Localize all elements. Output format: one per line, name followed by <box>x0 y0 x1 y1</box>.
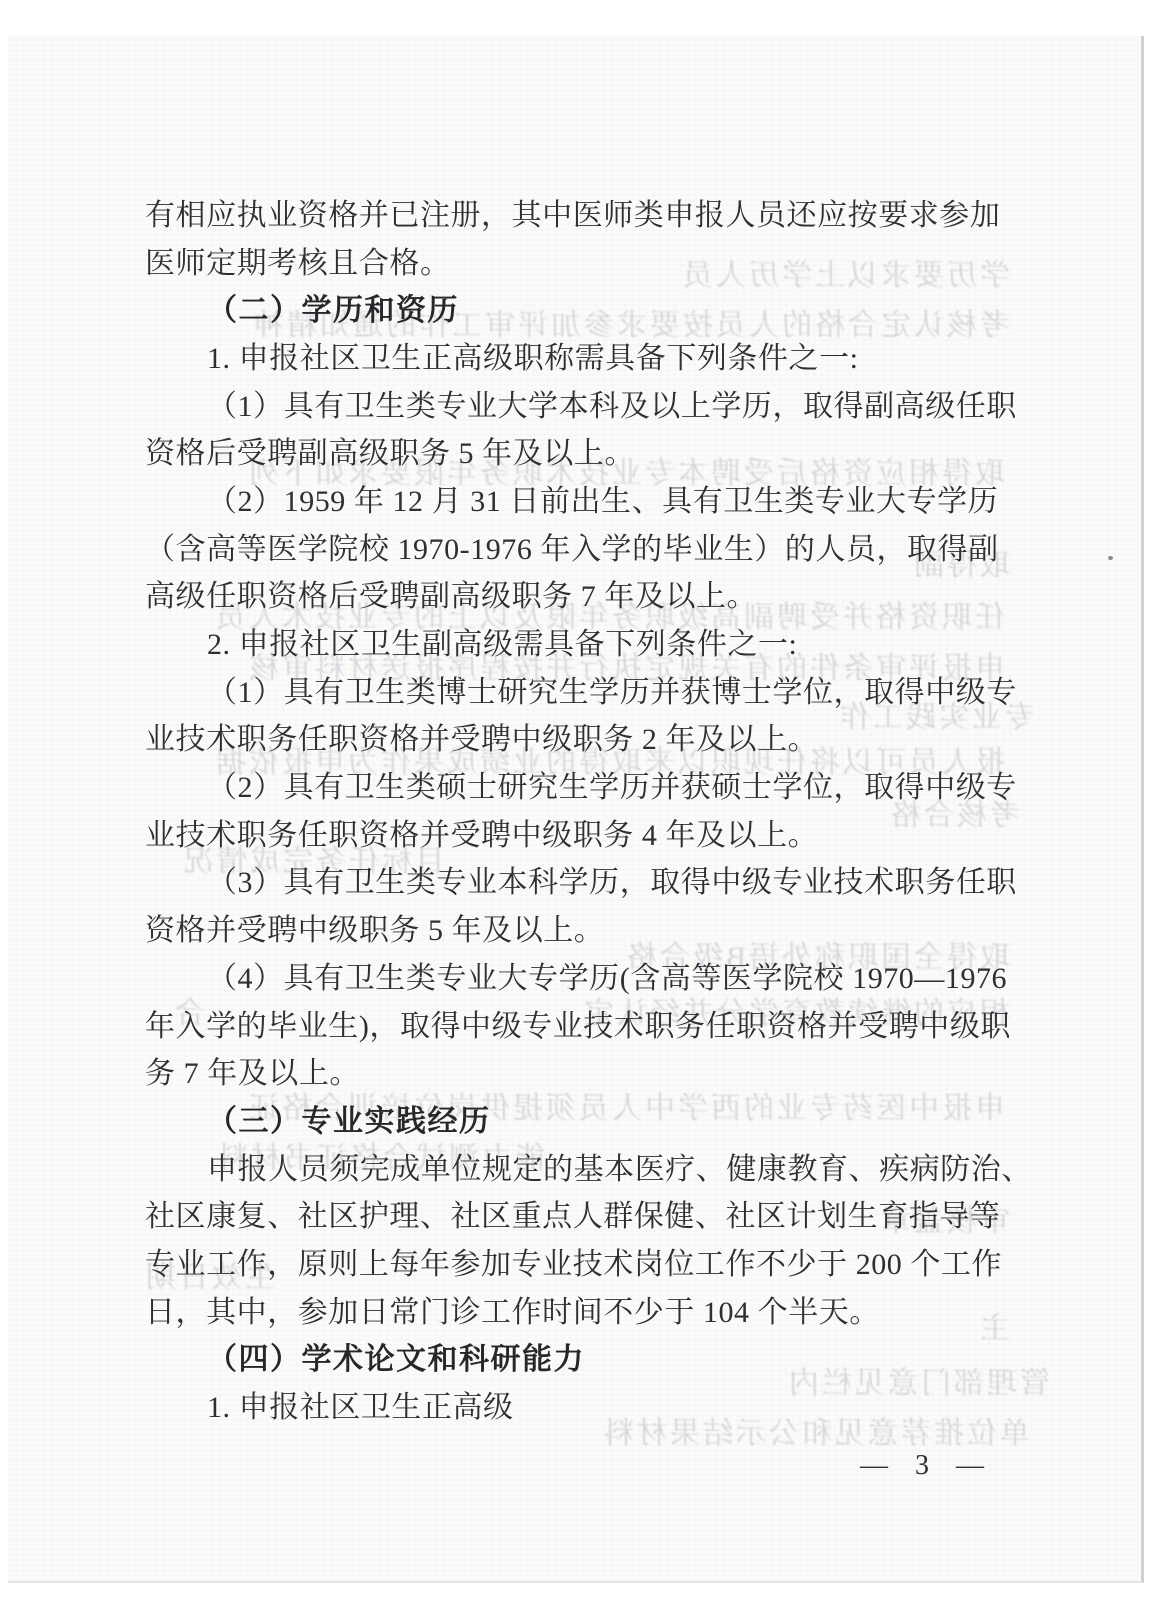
body-text-line: 资格后受聘副高级职务 5 年及以上。 <box>145 426 1025 474</box>
body-text-line: （含高等医学院校 1970-1976 年入学的毕业生）的人员，取得副 <box>145 522 1025 570</box>
body-text-line: 务 7 年及以上。 <box>145 1046 1025 1094</box>
body-text-line: 申报人员须完成单位规定的基本医疗、健康教育、疾病防治、 <box>145 1142 1025 1190</box>
body-text-line: 业技术职务任职资格并受聘中级职务 2 年及以上。 <box>145 713 1025 761</box>
document-body: 有相应执业资格并已注册，其中医师类申报人员还应按要求参加医师定期考核且合格。（二… <box>145 188 1025 1428</box>
body-text-line: 1. 申报社区卫生正高级 <box>145 1380 1025 1428</box>
scanned-page: 学历要求以上学历人员考核认定合格的人员按要求参加评审工作的通知精神取得相应资格后… <box>8 36 1144 1583</box>
body-text-line: 年入学的毕业生)，取得中级专业技术职务任职资格并受聘中级职 <box>145 999 1025 1047</box>
section-heading-line: （四）学术论文和科研能力 <box>145 1333 1025 1381</box>
body-text-line: （2）具有卫生类硕士研究生学历并获硕士学位，取得中级专 <box>145 760 1025 808</box>
body-text-line: （2）1959 年 12 月 31 日前出生、具有卫生类专业大专学历 <box>145 474 1025 522</box>
body-text-line: 专业工作，原则上每年参加专业技术岗位工作不少于 200 个工作 <box>145 1237 1025 1285</box>
section-heading-line: （三）专业实践经历 <box>145 1094 1025 1142</box>
body-text-line: 社区康复、社区护理、社区重点人群保健、社区计划生育指导等 <box>145 1189 1025 1237</box>
body-text-line: （1）具有卫生类专业大学本科及以上学历，取得副高级任职 <box>145 379 1025 427</box>
body-text-line: 2. 申报社区卫生副高级需具备下列条件之一: <box>145 617 1025 665</box>
body-text-line: 业技术职务任职资格并受聘中级职务 4 年及以上。 <box>145 808 1025 856</box>
ink-speck <box>1108 556 1113 560</box>
page-number: — 3 — <box>860 1450 986 1482</box>
body-text-line: 高级任职资格后受聘副高级职务 7 年及以上。 <box>145 570 1025 618</box>
body-text-line: 日，其中，参加日常门诊工作时间不少于 104 个半天。 <box>145 1285 1025 1333</box>
body-text-line: 1. 申报社区卫生正高级职称需具备下列条件之一: <box>145 331 1025 379</box>
body-text-line: （4）具有卫生类专业大专学历(含高等医学院校 1970—1976 <box>145 951 1025 999</box>
body-text-line: 资格并受聘中级职务 5 年及以上。 <box>145 903 1025 951</box>
body-text-line: （1）具有卫生类博士研究生学历并获博士学位，取得中级专 <box>145 665 1025 713</box>
section-heading-line: （二）学历和资历 <box>145 283 1025 331</box>
body-text-line: 有相应执业资格并已注册，其中医师类申报人员还应按要求参加 <box>145 188 1025 236</box>
body-text-line: （3）具有卫生类专业本科学历，取得中级专业技术职务任职 <box>145 856 1025 904</box>
body-text-line: 医师定期考核且合格。 <box>145 236 1025 284</box>
